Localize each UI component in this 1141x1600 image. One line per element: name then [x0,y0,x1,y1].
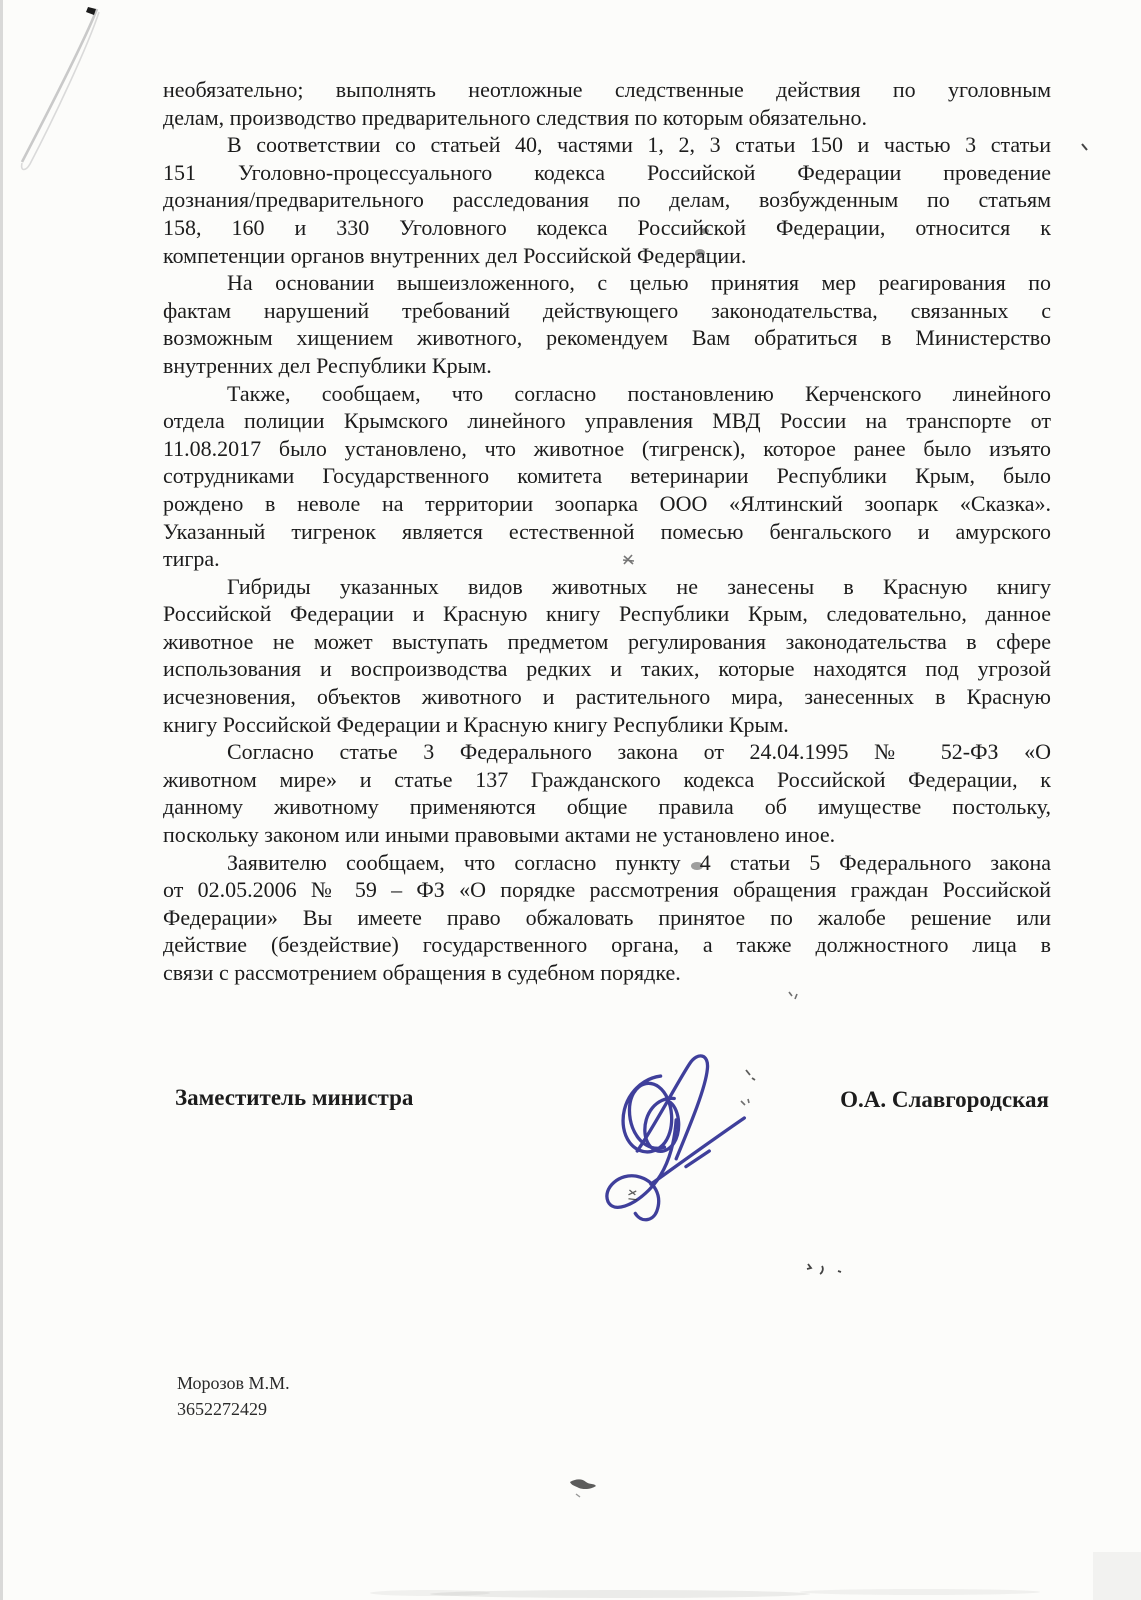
letter-line: животное не может выступать предметом ре… [163,628,1051,656]
letter-line: книгу Российской Федерации и Красную кни… [163,711,1051,739]
letter-line: отдела полиции Крымского линейного управ… [163,407,1051,435]
letter-line: поскольку законом или иными правовыми ак… [163,821,1051,849]
handwritten-signature [578,1042,788,1227]
letter-line: Согласно статье 3 Федерального закона от… [163,738,1051,766]
letter-line: На основании вышеизложенного, с целью пр… [163,269,1051,297]
ink-speck [807,1264,841,1274]
letter-line: делам, производство предварительного сле… [163,104,1051,132]
letter-line: от 02.05.2006 № 59 – ФЗ «О порядке рассм… [163,876,1051,904]
letter-line: действие (бездействие) государственного … [163,931,1051,959]
letter-line: 151 Уголовно-процессуального кодекса Рос… [163,159,1051,187]
ink-fleck [86,7,96,15]
executor-info: Морозов М.М. 3652272429 [177,1370,290,1422]
letter-line: В соответствии со статьей 40, частями 1,… [163,131,1051,159]
letter-line: связи с рассмотрением обращения в судебн… [163,959,1051,987]
letter-paragraph: Согласно статье 3 Федерального закона от… [163,738,1051,848]
ink-speck [1082,144,1087,150]
letter-paragraph: Гибриды указанных видов животных не зане… [163,573,1051,739]
letter-line: Российской Федерации и Красную книгу Рес… [163,600,1051,628]
executor-name: Морозов М.М. [177,1370,290,1396]
letter-paragraph: На основании вышеизложенного, с целью пр… [163,269,1051,379]
scan-smudge [370,1590,490,1596]
letter-body: необязательно; выполнять неотложные след… [163,76,1051,987]
scan-scratch [22,9,97,162]
letter-line: Указанный тигренок является естественной… [163,518,1051,546]
ink-smudge [570,1479,596,1489]
signer-position-label: Заместитель министра [175,1085,413,1111]
letter-line: необязательно; выполнять неотложные след… [163,76,1051,104]
letter-line: компетенции органов внутренних дел Росси… [163,242,1051,270]
letter-line: 11.08.2017 было установлено, что животно… [163,435,1051,463]
letter-paragraph: необязательно; выполнять неотложные след… [163,76,1051,131]
ink-speck [789,992,797,999]
scanned-letter-page: необязательно; выполнять неотложные след… [0,0,1141,1600]
letter-line: сотрудниками Государственного комитета в… [163,462,1051,490]
scan-scratch-2 [22,12,99,170]
letter-line: данному животному применяются общие прав… [163,793,1051,821]
letter-line: Федерации» Вы имеете право обжаловать пр… [163,904,1051,932]
scan-corner-shade [1093,1552,1141,1600]
letter-line: животном мире» и статье 137 Гражданского… [163,766,1051,794]
letter-line: Заявителю сообщаем, что согласно пункту … [163,849,1051,877]
letter-line: Также, сообщаем, что согласно постановле… [163,380,1051,408]
letter-paragraph: Также, сообщаем, что согласно постановле… [163,380,1051,573]
letter-line: исчезновения, объектов животного и расти… [163,683,1051,711]
signer-name: О.А. Славгородская [840,1087,1049,1113]
ink-speck [576,1494,580,1497]
letter-line: использования и воспроизводства редких и… [163,655,1051,683]
letter-line: фактам нарушений требований действующего… [163,297,1051,325]
executor-phone: 3652272429 [177,1396,290,1422]
letter-line: возможным хищением животного, рекомендуе… [163,324,1051,352]
letter-line: тигра. [163,545,1051,573]
letter-paragraph: В соответствии со статьей 40, частями 1,… [163,131,1051,269]
scan-smudge [800,1589,1040,1595]
letter-line: рождено в неволе на территории зоопарка … [163,490,1051,518]
letter-paragraph: Заявителю сообщаем, что согласно пункту … [163,849,1051,987]
scan-edge-shadow [0,0,3,1600]
scan-smudge [430,1590,810,1598]
letter-line: Гибриды указанных видов животных не зане… [163,573,1051,601]
ink-speck [628,1190,637,1200]
letter-line: внутренних дел Республики Крым. [163,352,1051,380]
letter-line: 158, 160 и 330 Уголовного кодекса Россий… [163,214,1051,242]
letter-line: дознания/предварительного расследования … [163,186,1051,214]
